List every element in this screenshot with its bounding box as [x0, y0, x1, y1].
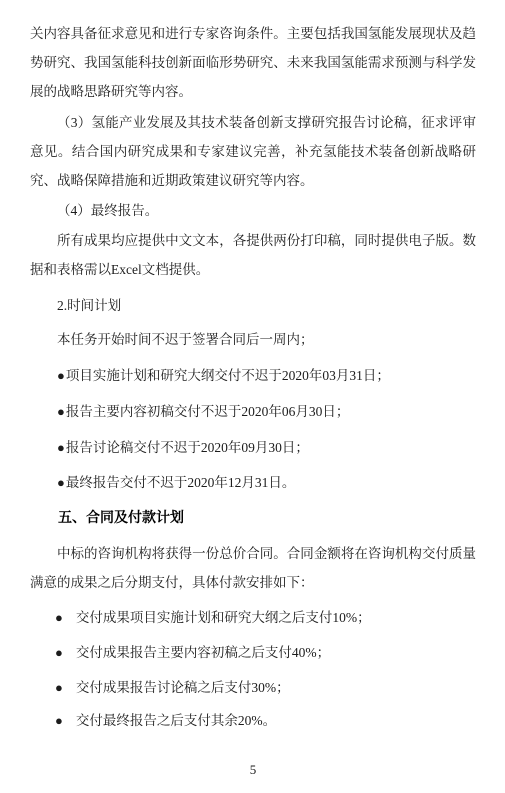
- bullet-icon: ●: [55, 603, 63, 632]
- payment-bullet-item: ●交付成果项目实施计划和研究大纲之后支付10%；: [55, 603, 476, 632]
- bullet-icon: ●: [57, 468, 65, 497]
- paragraph-contract-intro: 中标的咨询机构将获得一份总价合同。合同金额将在咨询机构交付质量满意的成果之后分期…: [30, 539, 476, 597]
- section-heading-contract: 五、合同及付款计划: [30, 503, 476, 532]
- schedule-bullet-item: ●报告讨论稿交付不迟于2020年09月30日；: [57, 433, 476, 462]
- payment-bullet-text: 交付最终报告之后支付其余20%。: [76, 713, 276, 728]
- paragraph-overflow: 关内容具备征求意见和进行专家咨询条件。主要包括我国氢能发展现状及趋势研究、我国氢…: [30, 19, 476, 106]
- payment-bullet-text: 交付成果项目实施计划和研究大纲之后支付10%；: [76, 610, 371, 625]
- paragraph-deliverable-note: 所有成果均应提供中文文本，各提供两份打印稿，同时提供电子版。数据和表格需以Exc…: [30, 226, 476, 284]
- schedule-bullet-item: ●项目实施计划和研究大纲交付不迟于2020年03月31日；: [57, 361, 476, 390]
- bullet-icon: ●: [57, 361, 65, 390]
- payment-bullet-item: ●交付成果报告讨论稿之后支付30%；: [55, 673, 476, 702]
- bullet-icon: ●: [55, 673, 63, 702]
- bullet-icon: ●: [55, 706, 63, 735]
- bullet-icon: ●: [57, 397, 65, 426]
- schedule-bullet-text: 最终报告交付不迟于2020年12月31日。: [66, 475, 296, 490]
- schedule-bullet-text: 报告讨论稿交付不迟于2020年09月30日；: [66, 440, 309, 455]
- paragraph-schedule-intro: 本任务开始时间不迟于签署合同后一周内；: [30, 325, 476, 354]
- payment-bullet-item: ●交付最终报告之后支付其余20%。: [55, 706, 476, 735]
- schedule-bullet-text: 报告主要内容初稿交付不迟于2020年06月30日；: [66, 404, 350, 419]
- schedule-bullet-item: ●最终报告交付不迟于2020年12月31日。: [57, 468, 476, 497]
- schedule-bullet-item: ●报告主要内容初稿交付不迟于2020年06月30日；: [57, 397, 476, 426]
- bullet-icon: ●: [55, 638, 63, 667]
- paragraph-item-3: （3）氢能产业发展及其技术装备创新支撑研究报告讨论稿，征求评审意见。结合国内研究…: [30, 108, 476, 195]
- payment-bullet-text: 交付成果报告主要内容初稿之后支付40%；: [76, 645, 330, 660]
- bullet-icon: ●: [57, 433, 65, 462]
- document-page: 关内容具备征求意见和进行专家咨询条件。主要包括我国氢能发展现状及趋势研究、我国氢…: [0, 0, 505, 793]
- paragraph-item-4: （4）最终报告。: [30, 196, 476, 225]
- schedule-bullet-text: 项目实施计划和研究大纲交付不迟于2020年03月31日；: [66, 368, 390, 383]
- page-number: 5: [30, 755, 476, 784]
- payment-bullet-item: ●交付成果报告主要内容初稿之后支付40%；: [55, 638, 476, 667]
- payment-bullet-text: 交付成果报告讨论稿之后支付30%；: [76, 680, 290, 695]
- subsection-heading-schedule: 2.时间计划: [30, 291, 476, 320]
